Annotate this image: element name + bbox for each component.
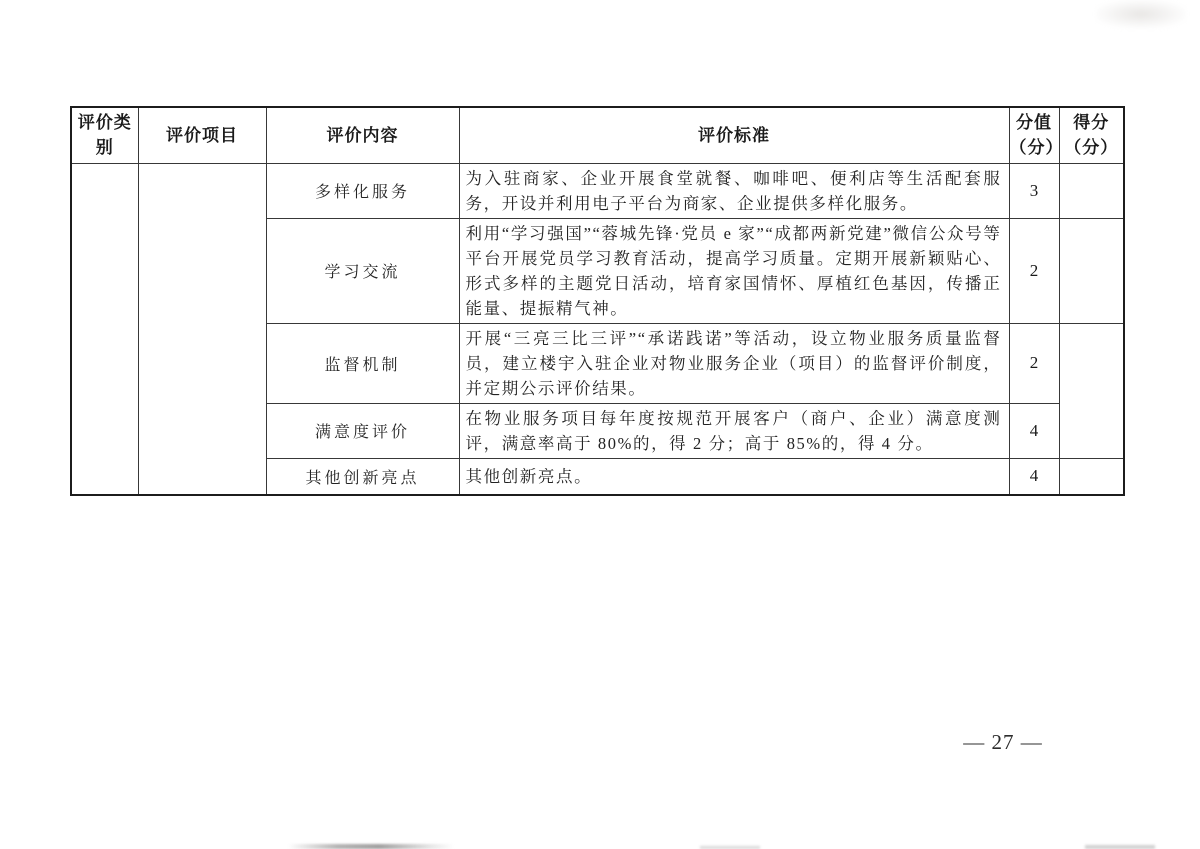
header-score-earned-line1: 得分	[1060, 110, 1124, 135]
score-value-cell: 2	[1009, 323, 1059, 403]
score-earned-cell-empty	[1059, 163, 1124, 218]
scan-artifact	[1085, 845, 1155, 849]
project-cell-empty	[138, 163, 266, 495]
content-cell: 满意度评价	[266, 403, 459, 458]
content-cell: 其他创新亮点	[266, 458, 459, 495]
category-cell-empty	[71, 163, 138, 495]
table-row: 多样化服务 为入驻商家、企业开展食堂就餐、咖啡吧、便利店等生活配套服务，开设并利…	[71, 163, 1124, 218]
header-score-earned: 得分 （分）	[1059, 107, 1124, 163]
content-cell: 监督机制	[266, 323, 459, 403]
score-value-cell: 4	[1009, 458, 1059, 495]
standard-cell: 利用“学习强国”“蓉城先锋·党员 e 家”“成都两新党建”微信公众号等平台开展党…	[459, 218, 1009, 323]
evaluation-table: 评价类别 评价项目 评价内容 评价标准 分值 （分） 得分 （分） 多样化服务 …	[70, 106, 1125, 496]
scan-artifact	[288, 844, 454, 849]
header-score-earned-line2: （分）	[1060, 135, 1124, 160]
header-score-value-line1: 分值	[1010, 110, 1059, 135]
score-value-cell: 3	[1009, 163, 1059, 218]
header-content: 评价内容	[266, 107, 459, 163]
score-earned-cell-empty	[1059, 458, 1124, 495]
document-page: 评价类别 评价项目 评价内容 评价标准 分值 （分） 得分 （分） 多样化服务 …	[0, 0, 1200, 849]
score-value-cell: 4	[1009, 403, 1059, 458]
content-cell: 学习交流	[266, 218, 459, 323]
standard-cell: 在物业服务项目每年度按规范开展客户（商户、企业）满意度测评，满意率高于 80%的…	[459, 403, 1009, 458]
table-header-row: 评价类别 评价项目 评价内容 评价标准 分值 （分） 得分 （分）	[71, 107, 1124, 163]
header-score-value: 分值 （分）	[1009, 107, 1059, 163]
score-earned-cell-merged-empty	[1059, 323, 1124, 458]
content-cell: 多样化服务	[266, 163, 459, 218]
scan-artifact	[1096, 0, 1186, 28]
header-project: 评价项目	[138, 107, 266, 163]
standard-cell: 为入驻商家、企业开展食堂就餐、咖啡吧、便利店等生活配套服务，开设并利用电子平台为…	[459, 163, 1009, 218]
header-standard: 评价标准	[459, 107, 1009, 163]
score-value-cell: 2	[1009, 218, 1059, 323]
standard-cell: 开展“三亮三比三评”“承诺践诺”等活动，设立物业服务质量监督员，建立楼宇入驻企业…	[459, 323, 1009, 403]
page-number: — 27 —	[948, 730, 1058, 755]
header-score-value-line2: （分）	[1010, 135, 1059, 160]
header-category: 评价类别	[71, 107, 138, 163]
score-earned-cell-empty	[1059, 218, 1124, 323]
standard-cell: 其他创新亮点。	[459, 458, 1009, 495]
